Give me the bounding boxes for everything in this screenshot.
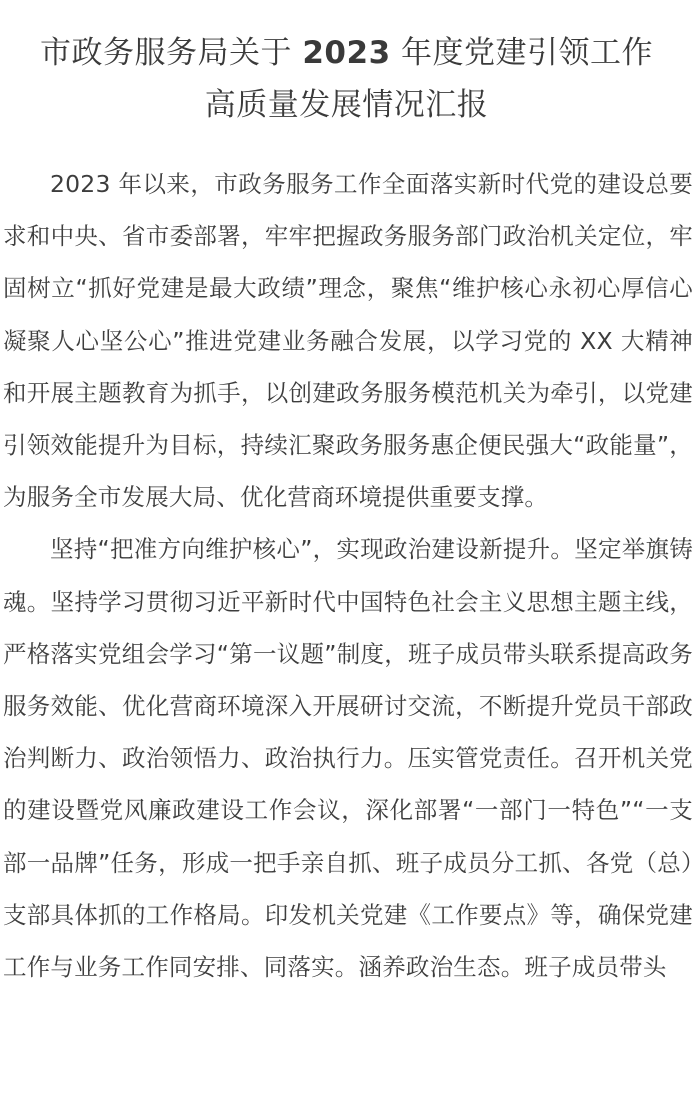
title-line2: 高质量发展情况汇报: [205, 87, 489, 123]
document-page: 市政务服务局关于 2023 年度党建引领工作 高质量发展情况汇报 2023 年以…: [0, 0, 693, 993]
title-line1-suffix: 年度党建引领工作: [391, 35, 653, 71]
title-year: 2023: [302, 35, 390, 71]
document-title: 市政务服务局关于 2023 年度党建引领工作 高质量发展情况汇报: [0, 0, 693, 131]
paragraph-political-construction: 坚持“把准方向维护核心”，实现政治建设新提升。坚定举旗铸魂。坚持学习贯彻习近平新…: [0, 523, 693, 993]
title-line1-prefix: 市政务服务局关于: [40, 35, 302, 71]
paragraph-intro: 2023 年以来，市政务服务工作全面落实新时代党的建设总要求和中央、省市委部署，…: [0, 158, 693, 523]
